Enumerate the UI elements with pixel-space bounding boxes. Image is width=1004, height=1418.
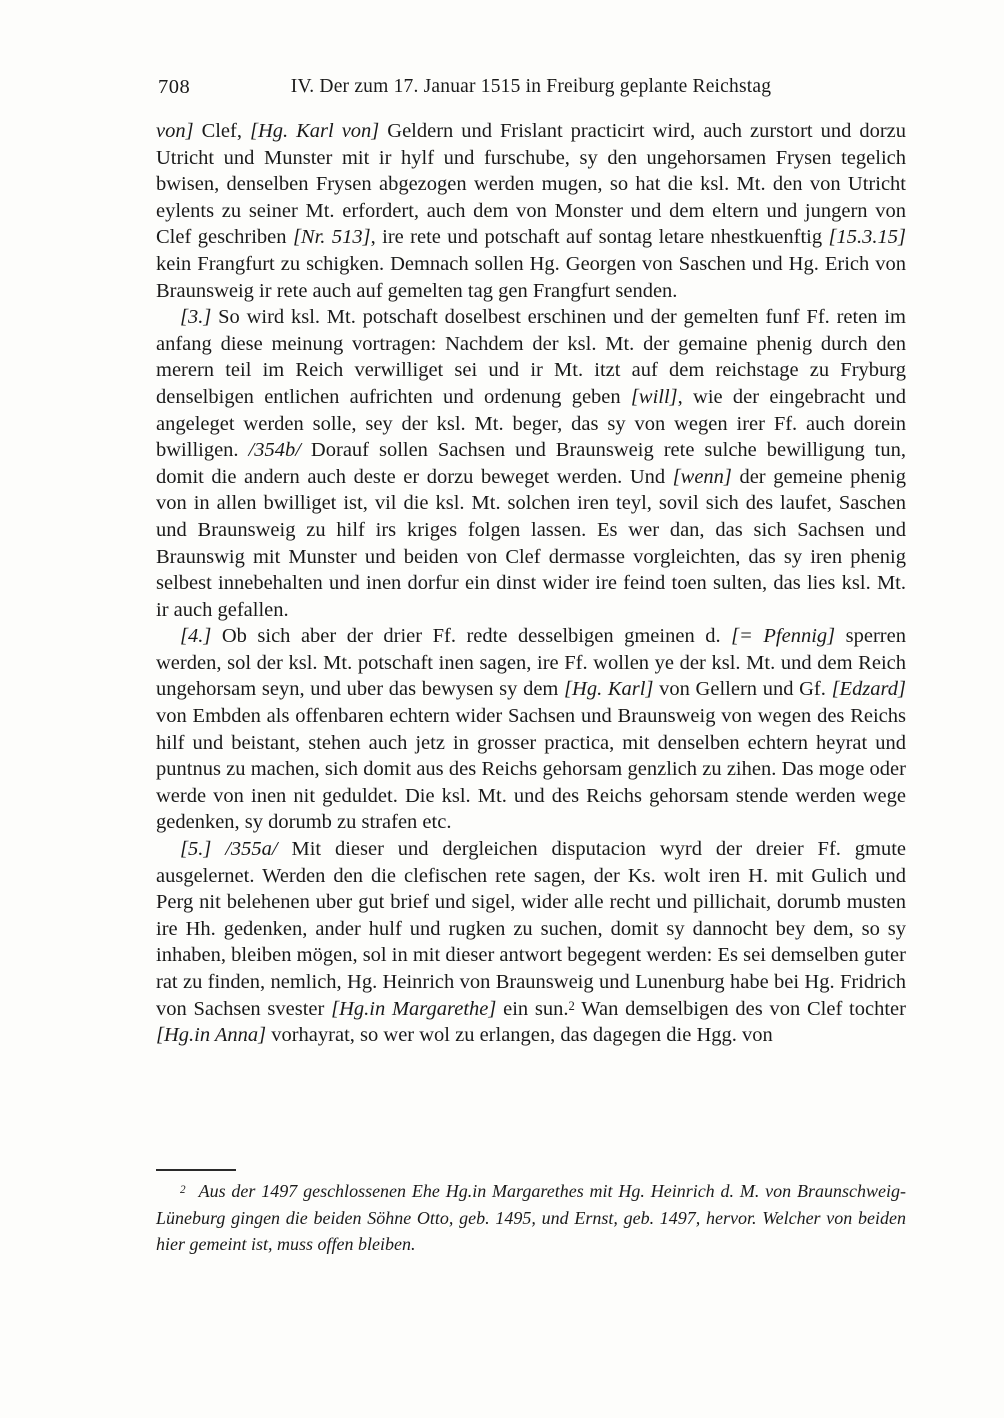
paragraph-continuation: von] Clef, [Hg. Karl von] Geldern und Fr…	[156, 118, 906, 304]
main-text-block: von] Clef, [Hg. Karl von] Geldern und Fr…	[156, 118, 906, 1049]
footnote-marker: 2	[180, 1184, 186, 1196]
paragraph-section-3: [3.] So wird ksl. Mt. potschaft doselbes…	[156, 304, 906, 623]
paragraph-section-5: [5.] /355a/ Mit dieser und dergleichen d…	[156, 836, 906, 1049]
running-header-title: IV. Der zum 17. Januar 1515 in Freiburg …	[156, 76, 906, 98]
page-number: 708	[158, 76, 190, 99]
footnote-area: 2Aus der 1497 geschlossenen Ehe Hg.in Ma…	[156, 1169, 906, 1258]
page-header: 708 IV. Der zum 17. Januar 1515 in Freib…	[156, 76, 906, 98]
footnote: 2Aus der 1497 geschlossenen Ehe Hg.in Ma…	[156, 1178, 906, 1258]
footnote-separator-rule	[156, 1169, 236, 1171]
book-page: 708 IV. Der zum 17. Januar 1515 in Freib…	[0, 0, 1004, 1418]
paragraph-section-4: [4.] Ob sich aber der drier Ff. redte de…	[156, 623, 906, 836]
footnote-text: Aus der 1497 geschlossenen Ehe Hg.in Mar…	[156, 1181, 906, 1254]
